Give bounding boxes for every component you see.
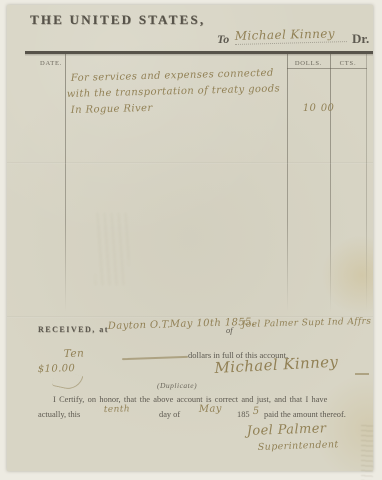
signature-flourish — [355, 373, 369, 375]
certification-closing: paid the amount thereof. — [264, 410, 346, 419]
entry-amount-cents: 00 — [321, 103, 335, 114]
document-title: THE UNITED STATES, — [30, 12, 205, 28]
certification-day-handwritten: tenth — [104, 404, 130, 415]
entry-description-line: In Rogue River — [71, 103, 153, 116]
year-digit-handwritten: 5 — [253, 406, 260, 417]
certification-line1: I Certify, on honor, that the above acco… — [38, 395, 362, 404]
column-header-cts: CTS. — [330, 60, 366, 67]
certification-month-handwritten: May — [199, 403, 222, 415]
payer-name-handwritten: Joel Palmer Supt Ind Affrs — [242, 317, 372, 330]
handwritten-dash — [122, 356, 188, 360]
amount-header-underline — [287, 68, 367, 69]
ink-bleedthrough — [361, 423, 373, 480]
year-printed: 185 — [237, 410, 250, 419]
superintendent-title: Superintendent — [258, 439, 339, 453]
entry-description-line: with the transportation of treaty goods — [67, 83, 281, 100]
ink-flourish — [52, 370, 84, 392]
fold-crease — [7, 162, 373, 164]
amount-in-words-handwritten: Ten — [64, 347, 85, 360]
superintendent-signature: Joel Palmer — [246, 421, 326, 439]
document-scan: THE UNITED STATES, To Michael Kinney Dr.… — [0, 0, 382, 480]
cts-column-divider — [330, 54, 331, 312]
entry-amount-dollars: 10 — [303, 103, 317, 114]
payee-name-handwritten: Michael Kinney — [235, 26, 347, 45]
table-top-rule — [25, 51, 373, 54]
ink-bleedthrough — [95, 213, 129, 285]
table-right-border — [366, 54, 367, 312]
dolls-column-divider — [287, 54, 288, 312]
dr-label: Dr. — [352, 31, 369, 47]
day-of-label: day of — [159, 410, 180, 419]
column-header-dolls: DOLLS. — [287, 60, 330, 67]
received-at-label: RECEIVED, at — [38, 325, 109, 334]
column-header-date: DATE. — [40, 60, 62, 67]
to-label: To — [217, 32, 229, 47]
duplicate-label: (Duplicate) — [157, 381, 197, 390]
received-word: RECEIVED, at — [38, 325, 109, 334]
certification-actually-this: actually, this — [38, 410, 80, 419]
document-sheet: THE UNITED STATES, To Michael Kinney Dr.… — [7, 5, 373, 471]
entry-description-line: For services and expenses connected — [71, 68, 274, 84]
of-label: of — [226, 325, 233, 335]
received-place-handwritten: Dayton O.T. — [108, 319, 171, 332]
